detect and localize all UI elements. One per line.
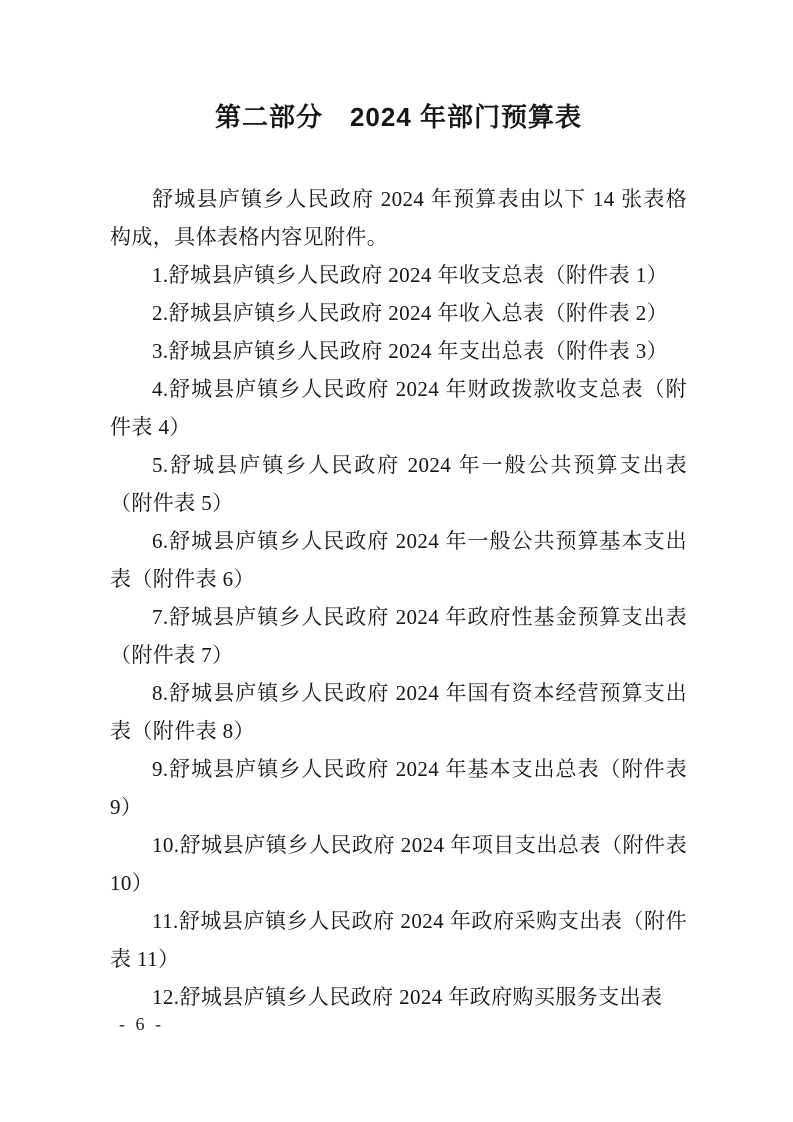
budget-table-item: 1.舒城县庐镇乡人民政府 2024 年收支总表（附件表 1） (110, 256, 687, 294)
budget-table-item: 5.舒城县庐镇乡人民政府 2024 年一般公共预算支出表（附件表 5） (110, 446, 687, 522)
budget-table-item: 4.舒城县庐镇乡人民政府 2024 年财政拨款收支总表（附件表 4） (110, 370, 687, 446)
budget-table-item: 10.舒城县庐镇乡人民政府 2024 年项目支出总表（附件表 10） (110, 826, 687, 902)
budget-table-item: 3.舒城县庐镇乡人民政府 2024 年支出总表（附件表 3） (110, 332, 687, 370)
budget-table-item: 8.舒城县庐镇乡人民政府 2024 年国有资本经营预算支出表（附件表 8） (110, 674, 687, 750)
budget-table-item: 6.舒城县庐镇乡人民政府 2024 年一般公共预算基本支出表（附件表 6） (110, 522, 687, 598)
document-content: 第二部分 2024 年部门预算表 舒城县庐镇乡人民政府 2024 年预算表由以下… (110, 100, 687, 1016)
budget-table-item: 2.舒城县庐镇乡人民政府 2024 年收入总表（附件表 2） (110, 294, 687, 332)
budget-table-item: 11.舒城县庐镇乡人民政府 2024 年政府采购支出表（附件表 11） (110, 902, 687, 978)
page-title: 第二部分 2024 年部门预算表 (110, 100, 687, 134)
document-page: 第二部分 2024 年部门预算表 舒城县庐镇乡人民政府 2024 年预算表由以下… (0, 0, 793, 1122)
budget-table-item: 7.舒城县庐镇乡人民政府 2024 年政府性基金预算支出表（附件表 7） (110, 598, 687, 674)
intro-paragraph: 舒城县庐镇乡人民政府 2024 年预算表由以下 14 张表格构成，具体表格内容见… (110, 180, 687, 256)
page-number: - 6 - (119, 1012, 164, 1036)
budget-table-item: 12.舒城县庐镇乡人民政府 2024 年政府购买服务支出表 (110, 978, 687, 1016)
budget-table-item: 9.舒城县庐镇乡人民政府 2024 年基本支出总表（附件表 9） (110, 750, 687, 826)
